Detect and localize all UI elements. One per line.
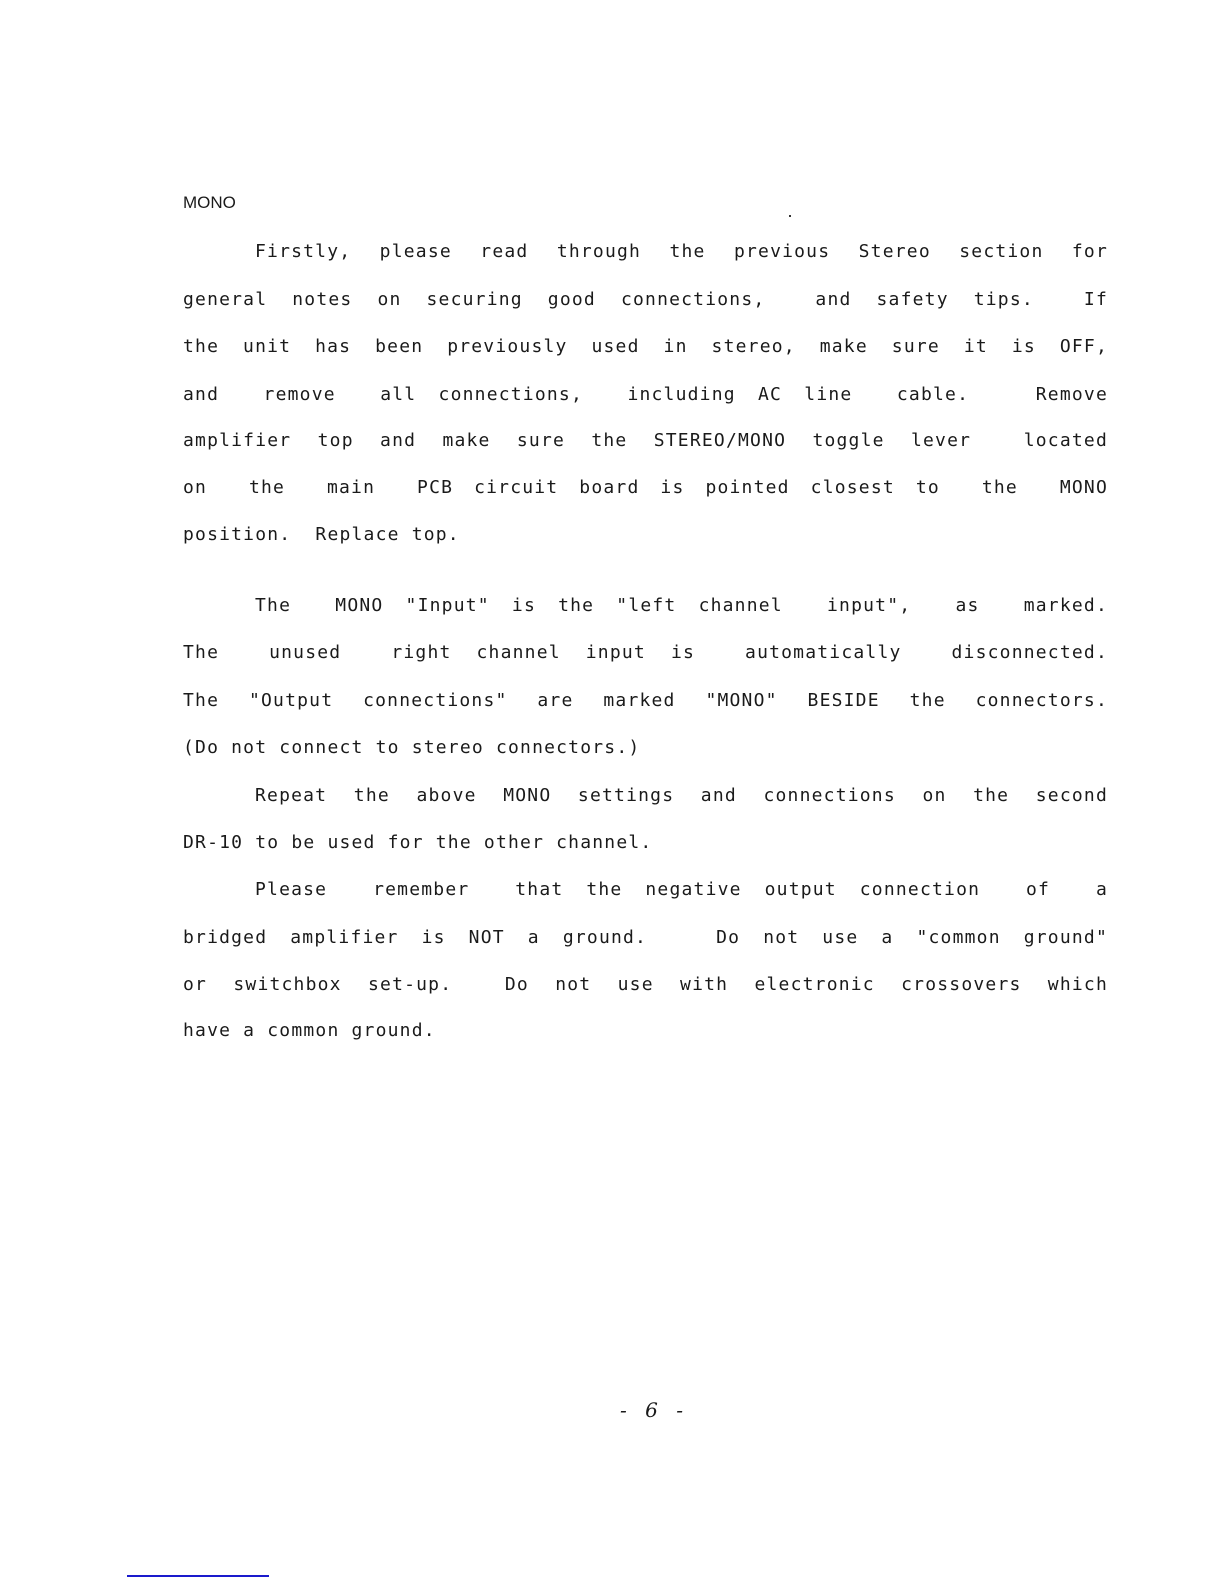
text-line: (Do not connect to stereo connectors.) xyxy=(183,737,1108,759)
footer-rule xyxy=(127,1575,269,1577)
text-line: amplifier top and make sure the STEREO/M… xyxy=(183,430,1108,452)
text-line: The MONO "Input" is the "left channel in… xyxy=(183,595,1108,617)
text-line: and remove all connections, including AC… xyxy=(183,384,1108,406)
text-line: general notes on securing good connectio… xyxy=(183,289,1108,311)
text-line: Repeat the above MONO settings and conne… xyxy=(183,785,1108,807)
text-line: bridged amplifier is NOT a ground. Do no… xyxy=(183,927,1108,949)
page-number: - 6 - xyxy=(620,1398,689,1422)
text-line: The "Output connections" are marked "MON… xyxy=(183,690,1108,712)
text-line: or switchbox set-up. Do not use with ele… xyxy=(183,974,1108,996)
text-line: have a common ground. xyxy=(183,1020,1108,1042)
text-line: Please remember that the negative output… xyxy=(183,879,1108,901)
text-line: the unit has been previously used in ste… xyxy=(183,336,1108,358)
text-line: position. Replace top. xyxy=(183,524,1108,546)
text-line: The unused right channel input is automa… xyxy=(183,642,1108,664)
section-heading: MONO xyxy=(183,193,236,213)
text-line: DR-10 to be used for the other channel. xyxy=(183,832,1108,854)
text-line: on the main PCB circuit board is pointed… xyxy=(183,477,1108,499)
text-line: Firstly, please read through the previou… xyxy=(183,241,1108,263)
stray-mark xyxy=(789,215,791,217)
